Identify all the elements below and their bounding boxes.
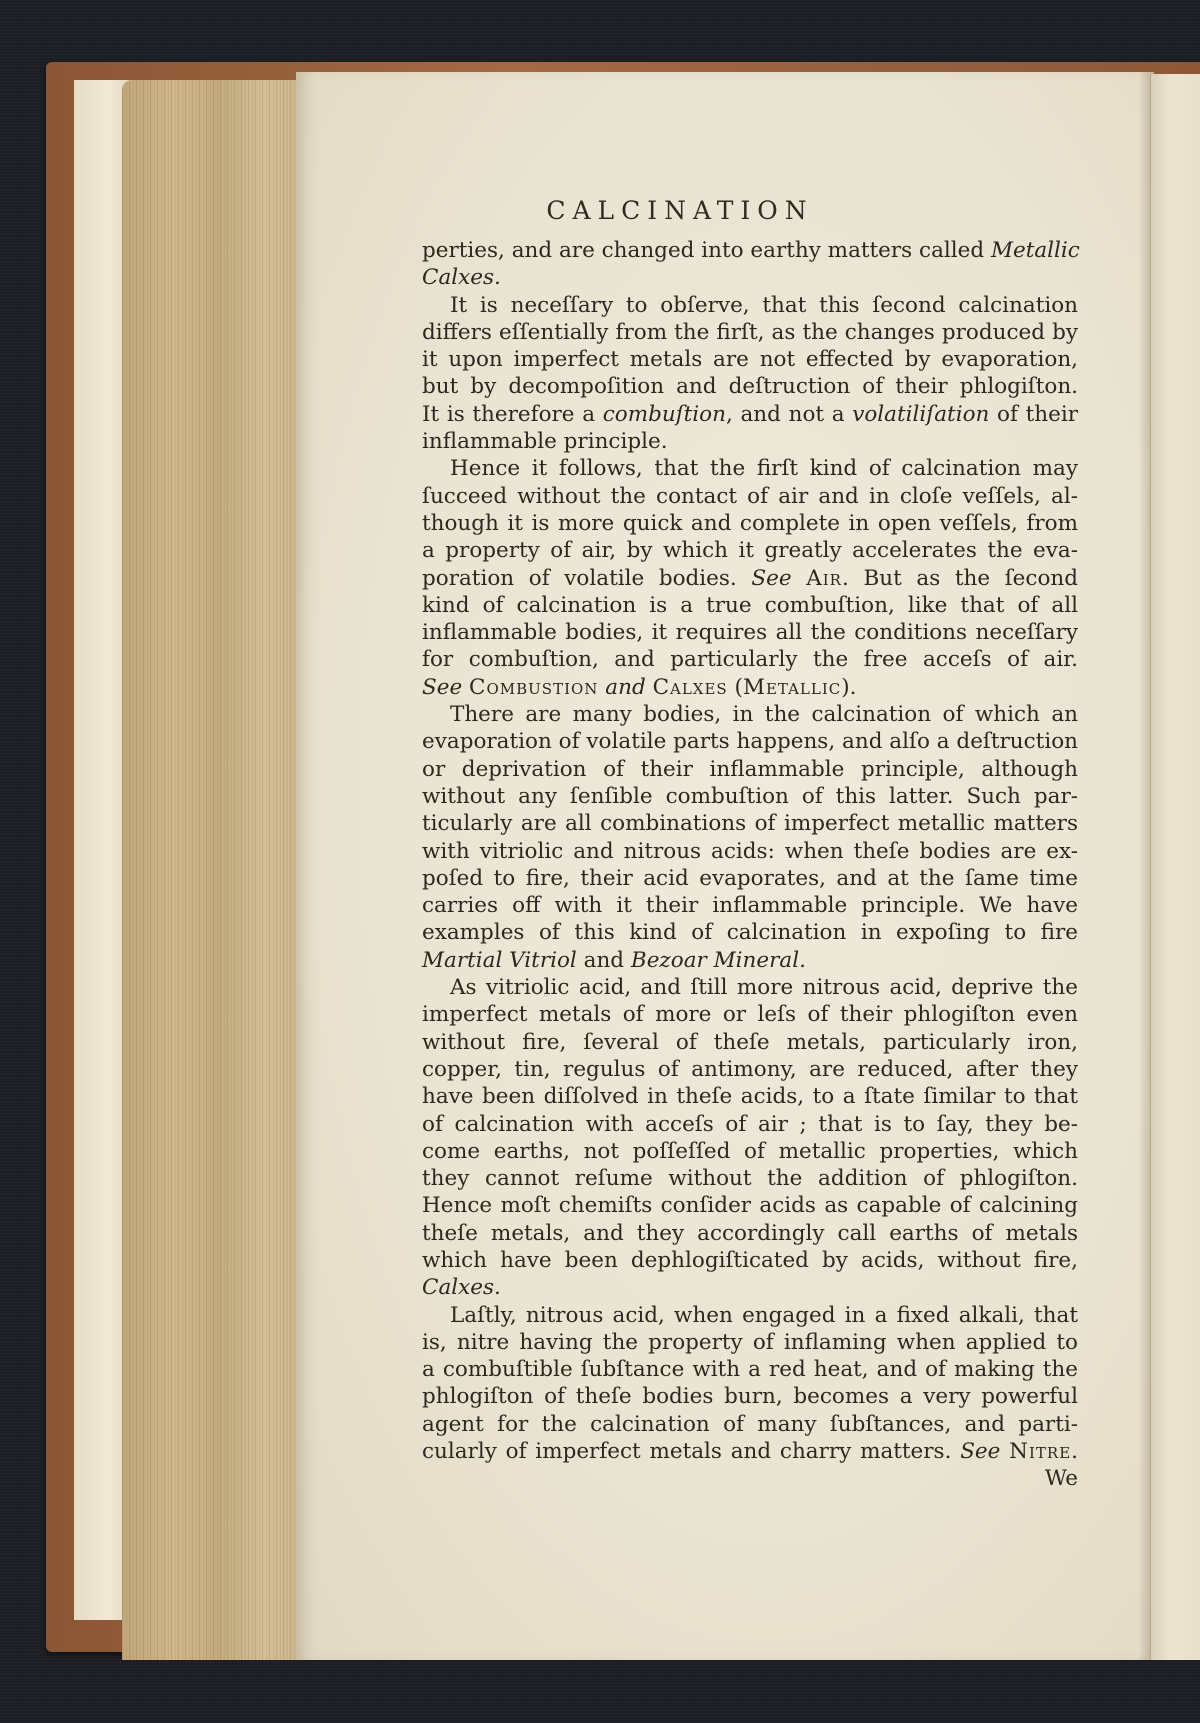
text-line: inflammable bodies, it requires all the … [422,619,1078,646]
text-line: agent for the calcination of many ſubſta… [422,1411,1078,1438]
text-run: agent for the calcination of many ſubſta… [422,1412,1078,1437]
text-line: ticularly are all combinations of imperf… [422,810,1078,837]
catchword: We [422,1465,1078,1492]
text-run: As vitriolic acid, and ſtill more nitrou… [450,975,1078,1000]
text-line: It is neceſſary to obſerve, that this ſe… [422,292,1078,319]
text-line: examples of this kind of calcination in … [422,919,1078,946]
text-run: have been diſſolved in theſe acids, to a… [422,1084,1078,1109]
body-text: perties, and are changed into earthy mat… [422,237,1078,1493]
text-run: with vitriolic and nitrous acids: when t… [422,839,1078,864]
text-run: inflammable principle. [422,429,668,454]
text-run: of their [989,402,1078,427]
text-line: poration of volatile bodies. See Air. Bu… [422,565,1078,592]
text-line: without fire, ſeveral of theſe metals, p… [422,1029,1078,1056]
italic-text: See [422,675,462,700]
text-line: a combuſtible ſubſtance with a red heat,… [422,1356,1078,1383]
small-caps-text: Nitre [1009,1439,1071,1464]
text-run: of calcination with acceſs of air ; that… [422,1112,1078,1137]
text-run: , and not a [726,402,852,427]
small-caps-text: Metallic [743,675,841,700]
text-line: but by decompoſition and deſtruction of … [422,373,1078,400]
text-line: Hence moſt chemiſts conſider acids as ca… [422,1192,1078,1219]
text-run: differs eſſentially from the firſt, as t… [422,320,1078,345]
italic-text: Metallic [991,238,1080,263]
text-run: cularly of imperfect metals and charry m… [422,1439,960,1464]
text-line: There are many bodies, in the calcinatio… [422,701,1078,728]
text-run: for combuſtion, and particularly the fre… [422,647,1078,672]
running-head: CALCINATION [420,196,940,225]
text-line: copper, tin, regulus of antimony, are re… [422,1056,1078,1083]
text-run: which have been dephlogiſticated by acid… [422,1248,1078,1273]
text-run: is, nitre having the property of inflami… [422,1330,1078,1355]
text-run: phlogiſton of theſe bodies burn, becomes… [422,1384,1078,1409]
italic-text: and [605,675,645,700]
text-line: though it is more quick and complete in … [422,510,1078,537]
text-line: phlogiſton of theſe bodies burn, becomes… [422,1383,1078,1410]
facing-page-edge [1150,74,1200,1660]
text-line: Martial Vitriol and Bezoar Mineral. [422,947,1078,974]
italic-text: combuſtion [603,402,726,427]
text-line: kind of calcination is a true combuſtion… [422,592,1078,619]
text-run: There are many bodies, in the calcinatio… [450,702,1078,727]
text-run: evaporation of volatile parts happens, a… [422,729,1078,754]
text-line: without any ſenſible combuſtion of this … [422,783,1078,810]
text-run: It is neceſſary to obſerve, that this ſe… [450,293,1078,318]
text-line: As vitriolic acid, and ſtill more nitrou… [422,974,1078,1001]
italic-text: Martial Vitriol [422,948,577,973]
text-run: theſe metals, and they accordingly call … [422,1221,1078,1246]
text-run: . [1071,1439,1078,1464]
text-line: differs eſſentially from the firſt, as t… [422,319,1078,346]
text-run: examples of this kind of calcination in … [422,920,1078,945]
italic-text: See [960,1439,1000,1464]
text-run: ſucceed without the contact of air and i… [422,484,1078,509]
text-run: copper, tin, regulus of antimony, are re… [422,1057,1078,1082]
text-run: Hence moſt chemiſts conſider acids as ca… [422,1193,1078,1218]
text-line: have been diſſolved in theſe acids, to a… [422,1083,1078,1110]
text-run: a combuſtible ſubſtance with a red heat,… [422,1357,1078,1382]
text-run: inflammable bodies, it requires all the … [422,620,1078,645]
text-run: ( [728,675,743,700]
text-line: Calxes. [422,264,1078,291]
text-run: poſed to fire, their acid evaporates, an… [422,866,1078,891]
text-run: a property of air, by which it greatly a… [422,538,1078,563]
text-run: perties, and are changed into earthy mat… [422,238,991,263]
text-run: It is therefore a [422,402,603,427]
text-run: without fire, ſeveral of theſe metals, p… [422,1030,1078,1055]
italic-text: See [751,566,791,591]
text-run [646,675,653,700]
italic-text: Calxes. [422,265,501,290]
text-run [1000,1439,1009,1464]
text-line: theſe metals, and they accordingly call … [422,1220,1078,1247]
text-run: Laſtly, nitrous acid, when engaged in a … [450,1303,1078,1328]
italic-text: Bezoar Mineral. [631,948,806,973]
text-line: a property of air, by which it greatly a… [422,537,1078,564]
text-line: See Combustion and Calxes (Metallic). [422,674,1078,701]
text-line: inflammable principle. [422,428,1078,455]
text-line: evaporation of volatile parts happens, a… [422,728,1078,755]
text-line: poſed to fire, their acid evaporates, an… [422,865,1078,892]
text-run: they cannot reſume without the addition … [422,1166,1078,1191]
text-run: it upon imperfect metals are not effecte… [422,347,1078,372]
text-run: . But as the ſecond [842,566,1078,591]
text-line: with vitriolic and nitrous acids: when t… [422,838,1078,865]
text-run [462,675,469,700]
text-run: carries off with it their inflammable pr… [422,893,1078,918]
text-run: and [577,948,631,973]
small-caps-text: Air [806,566,842,591]
text-run: ticularly are all combinations of imperf… [422,811,1078,836]
text-run: kind of calcination is a true combuſtion… [422,593,1078,618]
text-line: ſucceed without the contact of air and i… [422,483,1078,510]
text-line: Calxes. [422,1274,1078,1301]
small-caps-text: Combustion [469,675,598,700]
text-run: without any ſenſible combuſtion of this … [422,784,1078,809]
page-edges [122,80,298,1660]
text-line: It is therefore a combuſtion, and not a … [422,401,1078,428]
text-line: Hence it follows, that the firſt kind of… [422,455,1078,482]
italic-text: volatiliſation [852,402,989,427]
text-run: or deprivation of their inflammable prin… [422,757,1078,782]
text-run: imperfect metals of more or leſs of thei… [422,1002,1078,1027]
text-line: come earths, not poſſeſſed of metallic p… [422,1138,1078,1165]
text-line: of calcination with acceſs of air ; that… [422,1111,1078,1138]
italic-text: Calxes. [422,1275,501,1300]
text-line: for combuſtion, and particularly the fre… [422,646,1078,673]
text-line: they cannot reſume without the addition … [422,1165,1078,1192]
text-line: carries off with it their inflammable pr… [422,892,1078,919]
text-line: or deprivation of their inflammable prin… [422,756,1078,783]
text-run: ). [841,675,856,700]
text-run: come earths, not poſſeſſed of metallic p… [422,1139,1078,1164]
text-run [792,566,807,591]
text-line: which have been dephlogiſticated by acid… [422,1247,1078,1274]
text-run: poration of volatile bodies. [422,566,751,591]
text-line: it upon imperfect metals are not effecte… [422,346,1078,373]
small-caps-text: Calxes [653,675,728,700]
text-line: imperfect metals of more or leſs of thei… [422,1001,1078,1028]
text-line: Laſtly, nitrous acid, when engaged in a … [422,1302,1078,1329]
text-line: perties, and are changed into earthy mat… [422,237,1078,264]
text-run: though it is more quick and complete in … [422,511,1078,536]
text-line: cularly of imperfect metals and charry m… [422,1438,1078,1465]
text-run: Hence it follows, that the firſt kind of… [450,456,1078,481]
text-run: but by decompoſition and deſtruction of … [422,374,1078,399]
text-line: is, nitre having the property of inflami… [422,1329,1078,1356]
